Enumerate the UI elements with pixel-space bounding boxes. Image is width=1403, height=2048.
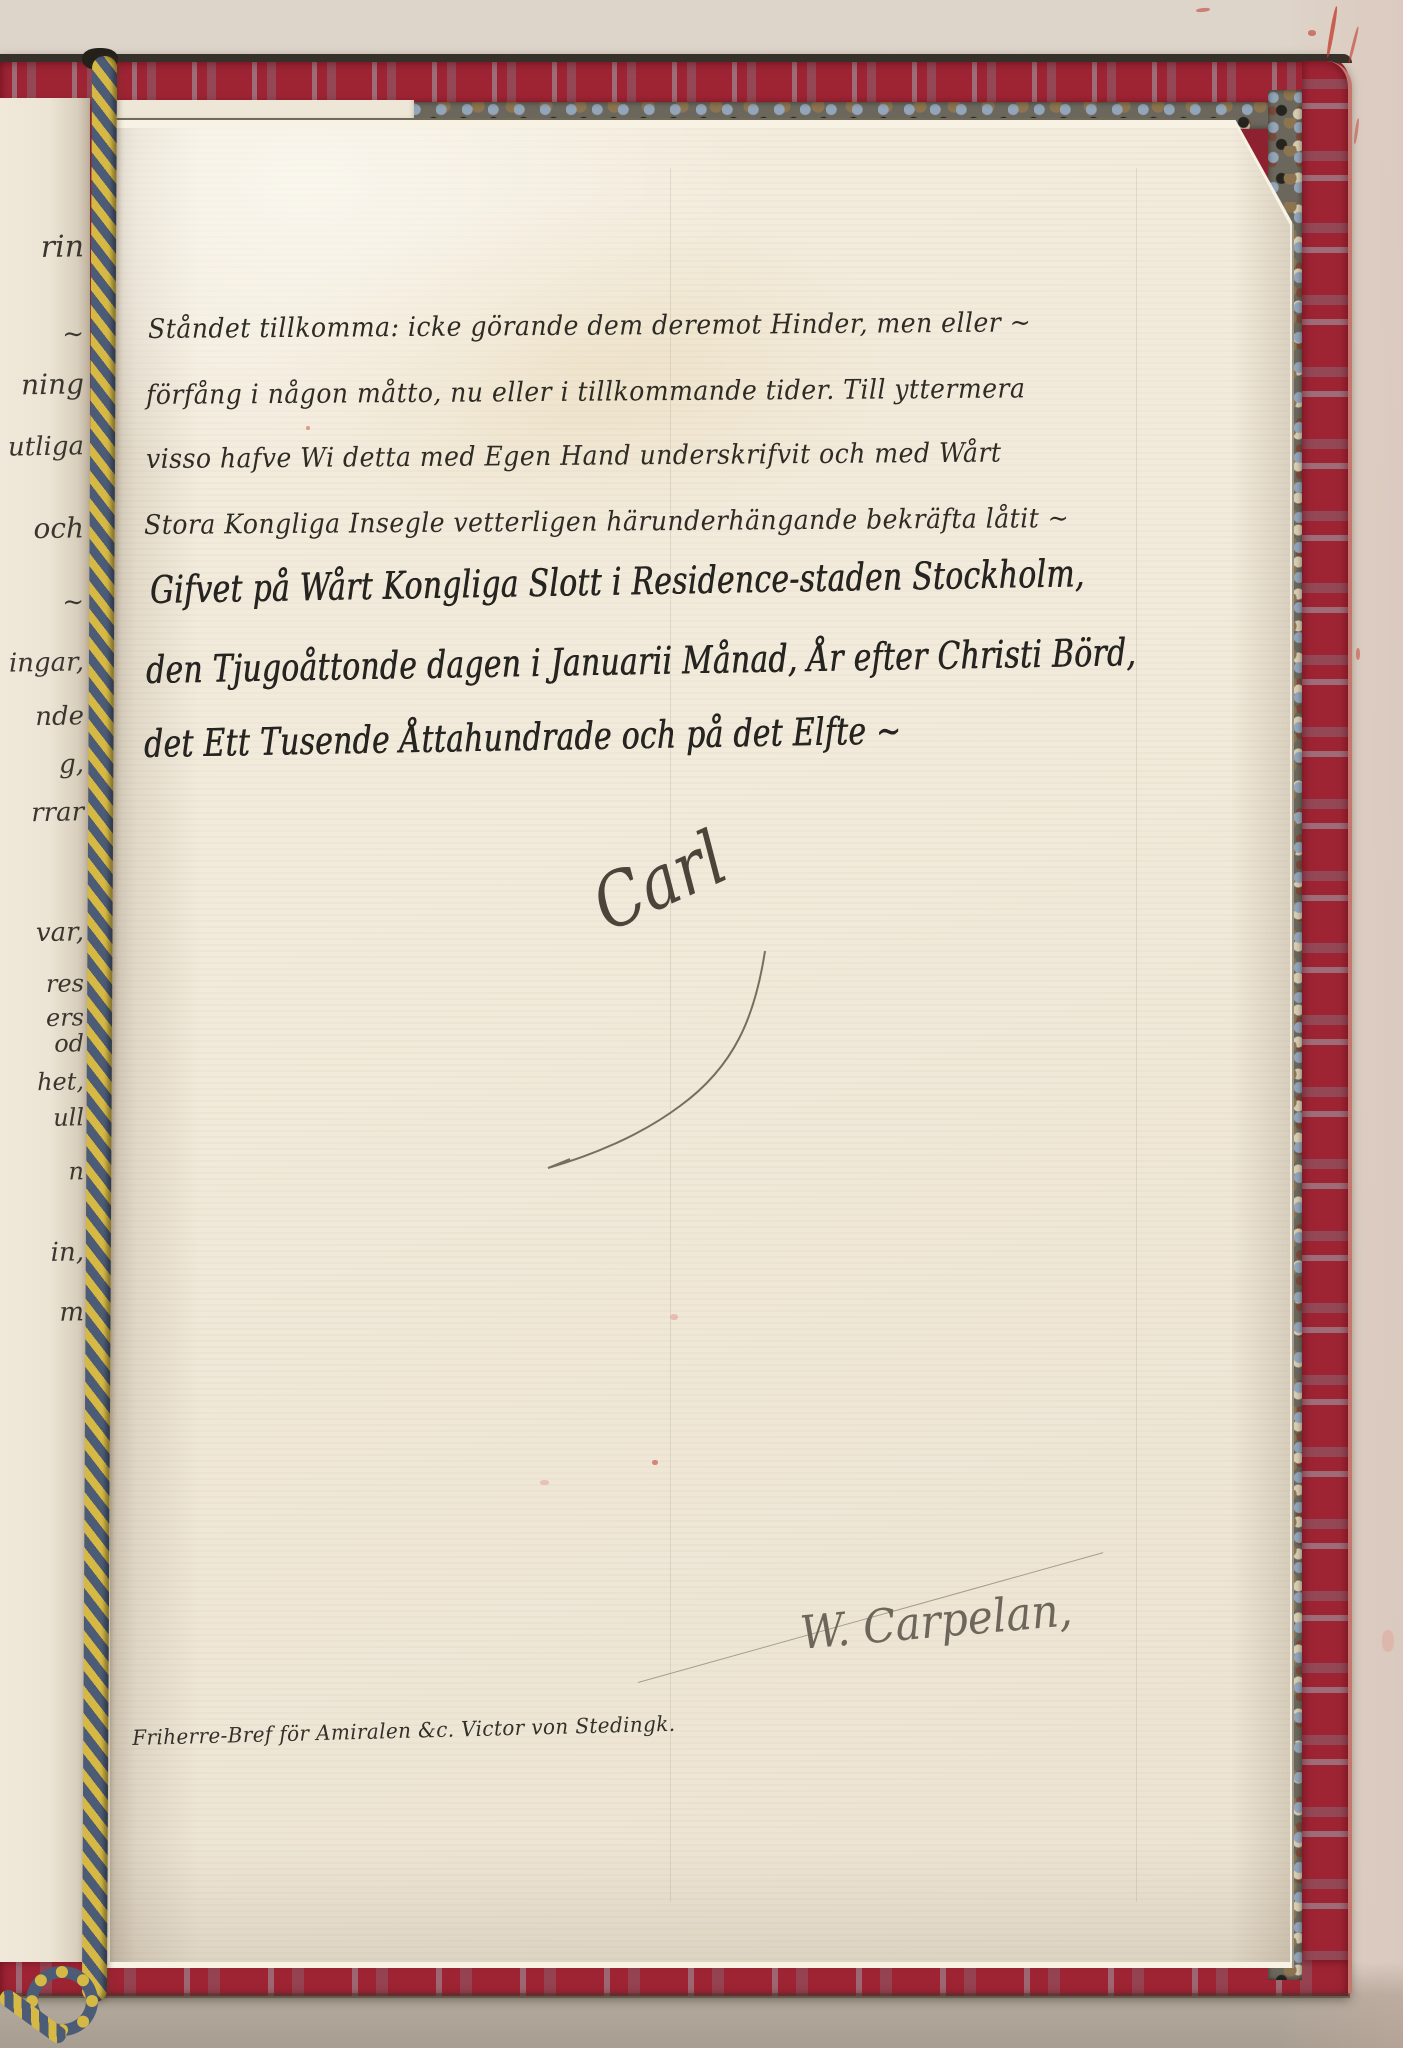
document-caption: Friherre-Bref för Amiralen &c. Victor vo… (132, 1712, 676, 1750)
red-stain (1353, 118, 1360, 144)
dateline-line: det Ett Tusende Åttahundrade och på det … (144, 708, 902, 766)
red-stain (1356, 648, 1360, 660)
foxing-spot (652, 1460, 658, 1465)
signature-flourish (530, 946, 810, 1186)
left-page-fragment: ingar, (0, 647, 86, 678)
cover-bottom-edge (0, 1993, 1350, 1998)
left-page-fragment: ull (0, 1103, 86, 1132)
foxing-spot (540, 1480, 549, 1485)
previous-page-sliver: rin ~ ning utliga och ~ ingar, nde g, rr… (0, 98, 90, 1962)
manuscript-line: visso hafve Wi detta med Egen Hand under… (146, 438, 1002, 475)
manuscript-line: Ståndet tillkomma: icke görande dem dere… (148, 307, 1031, 345)
red-stain (1308, 30, 1316, 36)
left-page-fragment: ning (0, 367, 86, 401)
dateline-line: den Tjugoåttonde dagen i Januarii Månad,… (146, 630, 1137, 692)
left-page-fragment: het, (0, 1067, 86, 1096)
red-stain (1326, 6, 1339, 58)
left-page-fragment: res (0, 969, 86, 998)
left-page-fragment: och (0, 511, 86, 545)
foxing-spot (306, 426, 310, 430)
left-page-fragment: m (0, 1297, 86, 1328)
left-page-fragment: ~ (0, 587, 86, 618)
red-stain (1347, 26, 1359, 64)
red-stain (1196, 7, 1210, 12)
left-page-fragment: ers (0, 1003, 86, 1032)
left-page-fragment: od (0, 1029, 86, 1058)
paper-crease (1136, 168, 1137, 1902)
leather-band-right (1302, 61, 1352, 1995)
left-page-fragment: n (0, 1157, 86, 1186)
left-page-fragment: g, (0, 749, 86, 780)
left-page-fragment: rrar (0, 797, 86, 828)
dateline-line: Gifvet på Wårt Kongliga Slott i Residenc… (150, 551, 1085, 612)
leather-band-top (0, 62, 1350, 104)
document-page: Ståndet tillkomma: icke görande dem dere… (110, 128, 1290, 1962)
left-page-fragment: utliga (0, 431, 86, 462)
left-page-fragment: ~ (0, 319, 86, 350)
foxing-spot (670, 1314, 678, 1320)
scanned-book-page: rin ~ ning utliga och ~ ingar, nde g, rr… (0, 0, 1403, 2048)
manuscript-line: Stora Kongliga Insegle vetterligen härun… (144, 503, 1069, 541)
manuscript-line: förfång i någon måtto, nu eller i tillko… (146, 373, 1026, 411)
royal-signature: Carl (580, 815, 739, 949)
left-page-fragment: nde (0, 701, 86, 732)
left-page-fragment: in, (0, 1237, 86, 1268)
countersignature: W. Carpelan, (798, 1582, 1074, 1660)
left-page-fragment: var, (0, 917, 86, 948)
red-stain (1382, 1630, 1394, 1652)
left-page-fragment: rin (0, 229, 86, 265)
